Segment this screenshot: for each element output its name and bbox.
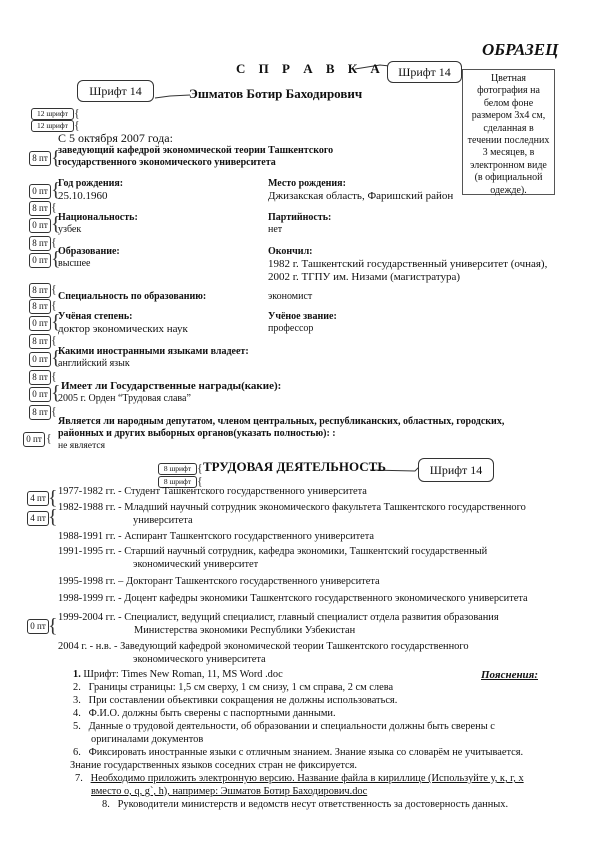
field-label-party: Партийность: (268, 212, 331, 224)
brace-icon: { (51, 405, 57, 417)
brace-icon: { (48, 488, 58, 508)
note-number: 6. (73, 747, 81, 758)
note-item: 7. Необходимо приложить электронную верс… (75, 773, 524, 785)
brace-icon: { (74, 119, 80, 131)
work-years: 1998-1999 гг. - (58, 593, 122, 606)
brace-icon: { (51, 236, 57, 248)
work-section-title: ТРУДОВАЯ ДЕЯТЕЛЬНОСТЬ (203, 459, 386, 475)
field-value-rank: профессор (268, 323, 313, 335)
note-item: 6. Фиксировать иностранные языки с отлич… (73, 747, 523, 759)
photo-note-line: размером 3х4 см, (463, 110, 554, 122)
spacing-tag: 0 пт (23, 432, 45, 447)
spacing-tag: 8 пт (29, 283, 51, 298)
spacing-tag: 8 пт (29, 201, 51, 216)
position-line: заведующий кафедрой экономической теории… (58, 145, 333, 157)
work-description: экономического университета (58, 654, 469, 667)
spacing-tag: 0 пт (27, 619, 49, 634)
spacing-tag: 0 пт (29, 253, 51, 268)
callout-font-size-name: Шрифт 14 (77, 80, 154, 102)
work-entry: 1982-1988 гг. - Младший научный сотрудни… (58, 502, 526, 527)
full-name: Эшматов Ботир Баходирович (189, 86, 362, 102)
field-label-deputy: Является ли народным депутатом, членом ц… (58, 416, 504, 428)
note-number: 2. (73, 682, 81, 693)
field-label-education: Образование: (58, 246, 120, 258)
work-years: 1995-1998 гг. – (58, 576, 123, 589)
note-text: При составлении объективки сокращения не… (89, 695, 398, 706)
work-description: Студент Ташкентского государственного ун… (124, 486, 367, 497)
field-label-birth-year: Год рождения: (58, 178, 123, 190)
note-item: 1. Шрифт: Times New Roman, 11, MS Word .… (73, 669, 283, 681)
brace-icon: { (197, 462, 203, 474)
work-entry: 1999-2004 гг. - Специалист, ведущий спец… (58, 612, 499, 637)
note-item: 2. Границы страницы: 1,5 см сверху, 1 см… (73, 682, 393, 694)
photo-note-line: электронном виде (463, 160, 554, 172)
work-years: 1988-1991 гг. - (58, 531, 122, 544)
photo-note-line: сделанная в (463, 123, 554, 135)
field-value-degree: доктор экономических наук (58, 323, 188, 336)
work-description: Докторант Ташкентского государственного … (126, 576, 380, 587)
spacing-tag: 0 пт (29, 184, 51, 199)
work-entry: 1998-1999 гг. - Доцент кафедры экономики… (58, 593, 528, 606)
field-label-birth-place: Место рождения: (268, 178, 346, 190)
photo-note-line: 3 месяцев, в (463, 147, 554, 159)
work-entry: 1988-1991 гг. - Аспирант Ташкентского го… (58, 531, 374, 544)
field-label-languages: Какими иностранными языками владеет: (58, 346, 249, 358)
field-value-deputy: не является (58, 440, 105, 452)
work-years: 1999-2004 гг. - (58, 612, 122, 625)
note-item-continued: Знание государственных языков соседних с… (70, 760, 357, 772)
spacing-tag: 8 пт (29, 299, 51, 314)
work-description: Министерства экономики Республики Узбеки… (58, 625, 499, 638)
notes-heading: Пояснения: (481, 669, 538, 681)
photo-note-line: фотография на (463, 85, 554, 97)
spacing-tag: 0 пт (29, 316, 51, 331)
brace-icon: { (51, 283, 57, 295)
work-description: Аспирант Ташкентского государственного у… (124, 531, 374, 542)
work-years: 1991-1995 гг. - (58, 546, 122, 559)
spacing-tag: 8 пт (29, 370, 51, 385)
field-value-graduated: 2002 г. ТГПУ им. Низами (магистратура) (268, 271, 460, 284)
field-value-languages: английский язык (58, 358, 130, 370)
note-item-continued: вместо о, q, g`, h), например: Эшматов Б… (91, 786, 367, 798)
field-value-education: высшее (58, 258, 90, 270)
note-item-continued: оригиналами документов (91, 734, 203, 746)
field-label-rank: Учёное звание: (268, 311, 337, 323)
work-description: Доцент кафедры экономики Ташкентского го… (124, 593, 527, 604)
spacing-tag: 4 пт (27, 511, 49, 526)
brace-icon: { (51, 201, 57, 213)
spacing-tag: 0 пт (29, 352, 51, 367)
note-number: 7. (75, 773, 83, 784)
field-value-party: нет (268, 224, 282, 236)
field-label-awards: Имеет ли Государственные награды(какие): (61, 380, 281, 393)
note-text: Данные о трудовой деятельности, об образ… (89, 721, 495, 732)
brace-icon: { (46, 432, 52, 444)
photo-note-line: Цветная (463, 73, 554, 85)
spacing-tag: 8 пт (29, 236, 51, 251)
field-label-specialty: Специальность по образованию: (58, 291, 206, 303)
work-description: Специалист, ведущий специалист, главный … (124, 612, 498, 623)
note-number: 8. (102, 799, 110, 810)
work-years: 1977-1982 гг. - (58, 486, 122, 499)
photo-note-line: белом фоне (463, 98, 554, 110)
spacing-tag: 8 пт (29, 151, 51, 166)
note-number: 4. (73, 708, 81, 719)
work-description: экономический университет (58, 559, 487, 572)
note-text: Руководители министерств и ведомств несу… (118, 799, 509, 810)
work-years: 1982-1988 гг. - (58, 502, 122, 515)
spacing-tag: 12 шрифт (31, 108, 74, 120)
callout-font-size-section: Шрифт 14 (418, 458, 494, 482)
sample-watermark-label: ОБРАЗЕЦ (482, 40, 558, 60)
field-value-birth-year: 25.10.1960 (58, 190, 108, 203)
field-label-graduated: Окончил: (268, 246, 313, 258)
brace-icon: { (51, 370, 57, 382)
brace-icon: { (48, 507, 58, 527)
work-description: университета (58, 515, 526, 528)
photo-note-line: течении последних (463, 135, 554, 147)
position-since: С 5 октября 2007 года: (58, 131, 173, 145)
photo-placeholder: Цветная фотография на белом фоне размеро… (462, 69, 555, 195)
work-entry: 1991-1995 гг. - Старший научный сотрудни… (58, 546, 487, 571)
note-text: Границы страницы: 1,5 см сверху, 1 см сн… (89, 682, 394, 693)
photo-note-line: (в официальной (463, 172, 554, 184)
work-entry: 1977-1982 гг. - Студент Ташкентского гос… (58, 486, 367, 499)
spacing-tag: 8 пт (29, 334, 51, 349)
spacing-tag: 8 шрифт (158, 463, 197, 475)
callout-font-size-title: Шрифт 14 (387, 61, 462, 83)
work-years: 2004 г. - н.в. - (58, 641, 117, 654)
spacing-tag: 4 пт (27, 491, 49, 506)
note-text: Ф.И.О. должны быть сверены с паспортными… (89, 708, 336, 719)
note-number: 1. (73, 669, 81, 680)
field-value-awards: 2005 г. Орден “Трудовая слава” (58, 393, 191, 405)
field-value-nationality: узбек (58, 224, 81, 236)
field-label-degree: Учёная степень: (58, 311, 132, 323)
work-entry: 1995-1998 гг. – Докторант Ташкентского г… (58, 576, 380, 589)
note-item: 4. Ф.И.О. должны быть сверены с паспортн… (73, 708, 336, 720)
spacing-tag: 0 пт (29, 218, 51, 233)
note-number: 5. (73, 721, 81, 732)
note-text: Фиксировать иностранные языки с отличным… (89, 747, 524, 758)
work-entry: 2004 г. - н.в. - Заведующий кафедрой эко… (58, 641, 469, 666)
field-label-nationality: Национальность: (58, 212, 138, 224)
note-item: 8. Руководители министерств и ведомств н… (102, 799, 508, 811)
note-item: 5. Данные о трудовой деятельности, об об… (73, 721, 495, 733)
photo-note-line: одежде). (463, 185, 554, 197)
brace-icon: { (51, 299, 57, 311)
position-line: государственного экономического универси… (58, 157, 276, 169)
document-title: С П Р А В К А (236, 61, 385, 77)
brace-icon: { (48, 616, 58, 636)
note-text: Шрифт: Times New Roman, 11, MS Word .doc (83, 669, 282, 680)
work-description: Старший научный сотрудник, кафедра эконо… (124, 546, 487, 557)
work-description: Младший научный сотрудник экономического… (124, 502, 526, 513)
field-label-deputy: районных и других выборных органов(указа… (58, 428, 336, 440)
note-number: 3. (73, 695, 81, 706)
work-description: Заведующий кафедрой экономической теории… (120, 641, 469, 652)
spacing-tag: 0 пт (29, 387, 51, 402)
note-item: 3. При составлении объективки сокращения… (73, 695, 397, 707)
note-text: Необходимо приложить электронную версию.… (91, 773, 524, 784)
spacing-tag: 8 пт (29, 405, 51, 420)
field-value-specialty: экономист (268, 291, 312, 303)
brace-icon: { (51, 334, 57, 346)
field-value-birth-place: Джизакская область, Фаришский район (268, 190, 453, 203)
field-value-graduated: 1982 г. Ташкентский государственный унив… (268, 258, 547, 271)
